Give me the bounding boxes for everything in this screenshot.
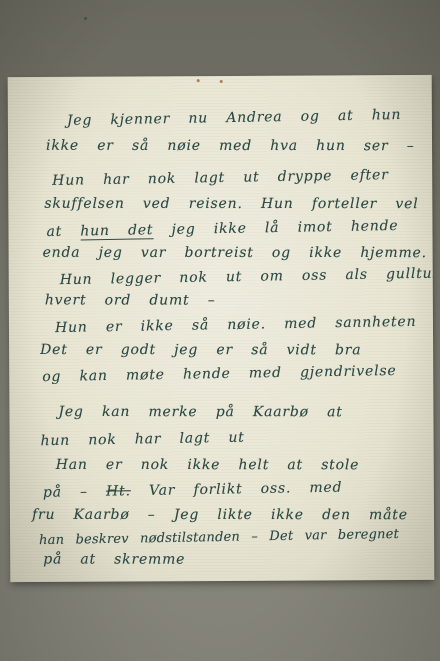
rust-speck: [197, 79, 200, 82]
handwriting-line: Han er nok ikke helt at stole: [56, 457, 360, 473]
letter-paper: Jeg kjenner nu Andrea og at hun ikke er …: [8, 75, 435, 582]
handwriting-line: hun nok har lagt ut: [40, 430, 244, 450]
struck-word: Ht.: [106, 483, 131, 499]
handwriting-line: på at skremme: [43, 552, 185, 568]
line-segment: jeg ikke lå imot hende: [153, 218, 398, 238]
handwriting-line: at hun det jeg ikke lå imot hende: [46, 218, 398, 240]
handwriting-line: og kan møte hende med gjendrivelse: [42, 363, 397, 385]
handwriting-line: Hun legger nok ut om oss als gulltus: [60, 266, 435, 289]
dust-speck: [84, 17, 87, 20]
handwriting-line: Hun har nok lagt ut dryppe efter: [52, 167, 389, 189]
handwriting-line: på – Ht. Var forlikt oss. med: [43, 480, 343, 501]
handwriting-line: enda jeg var bortreist og ikke hjemme.: [43, 245, 427, 261]
handwriting-line: fru Kaarbø – Jeg likte ikke den måte: [32, 507, 408, 523]
line-segment: Var forlikt oss. med: [131, 480, 343, 500]
underlined-words: hun det: [80, 222, 153, 240]
photo-background: Jeg kjenner nu Andrea og at hun ikke er …: [0, 0, 440, 661]
handwriting-line: Jeg kjenner nu Andrea og at hun: [67, 107, 402, 129]
handwriting-line: Jeg kan merke på Kaarbø at: [58, 404, 342, 420]
handwriting-line: Hun er ikke så nøie. med sannheten: [55, 314, 417, 336]
handwriting-line: han beskrev nødstilstanden – Det var ber…: [39, 527, 399, 548]
line-segment: på –: [43, 484, 106, 501]
handwriting-line: ikke er så nøie med hva hun ser –: [46, 138, 414, 154]
handwriting-line: hvert ord dumt –: [45, 292, 216, 308]
handwriting-line: skuffelsen ved reisen. Hun forteller vel: [44, 196, 418, 212]
line-segment: at: [46, 223, 80, 240]
handwriting-line: Det er godt jeg er så vidt bra: [40, 342, 361, 358]
rust-speck: [220, 80, 223, 83]
